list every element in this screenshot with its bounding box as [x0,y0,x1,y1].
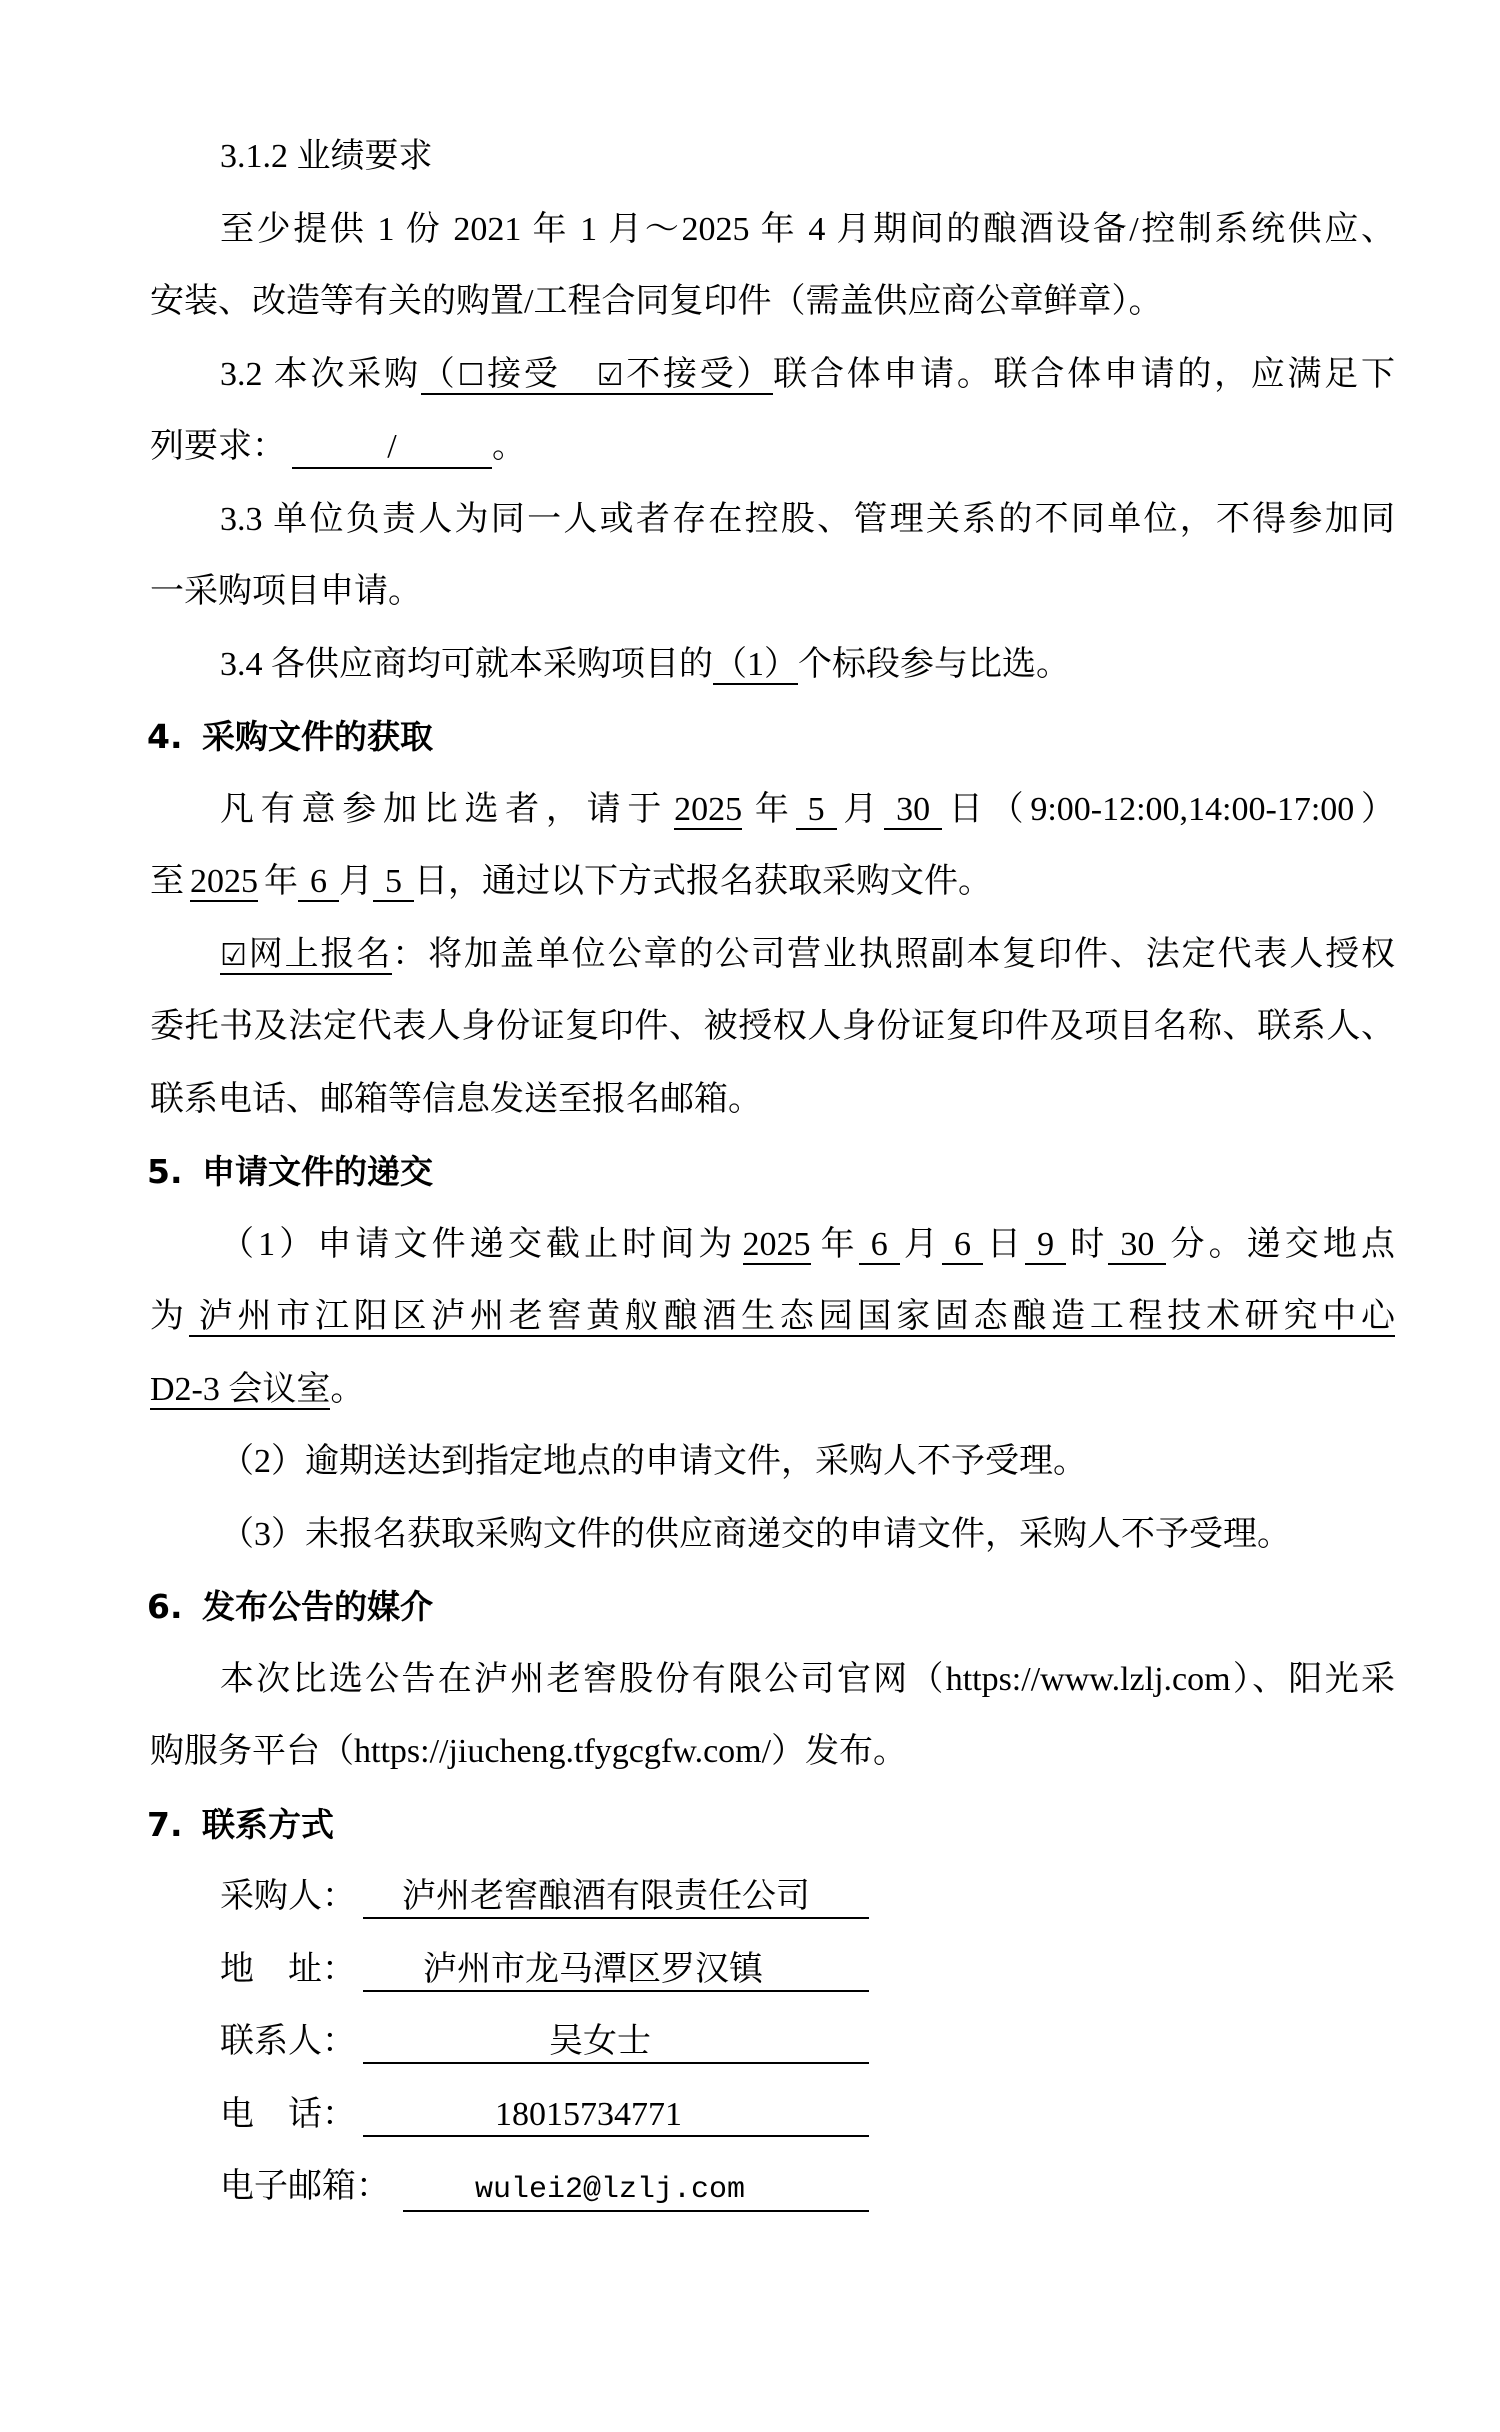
paren-close: ） [736,356,773,393]
section-title: 申请文件的递交 [202,1152,433,1191]
hour-unit: 时 [1066,1226,1108,1263]
end-year: 2025 [190,863,258,902]
section-number: 5. [147,1136,202,1209]
submission-location: 泸州市江阳区泸州老窖黄舣酿酒生态园国家固态酿造工程技术研究中心 [189,1298,1395,1337]
month-unit: 月 [339,863,373,900]
start-day: 30 [884,791,942,830]
deadline-minute: 30 [1108,1226,1166,1265]
deadline-year: 2025 [743,1226,811,1265]
checkbox-unchecked-icon: ☐ [457,358,484,393]
contact-label: 电子邮箱： [220,2151,403,2224]
end-month: 6 [298,863,339,902]
contact-row-person: 联系人：吴女士 [150,2006,1395,2079]
address-value: 泸州市龙马潭区罗汉镇 [363,1950,869,1992]
contact-row-email: 电子邮箱：wulei2@lzlj.com [150,2151,1395,2224]
contact-row-phone: 电 话：18015734771 [150,2079,1395,2152]
start-month: 5 [796,791,837,830]
online-registration-text: ：将加盖单位公章的公司营业执照副本复印件、法定代表人授权 [392,936,1395,973]
minute-unit: 分。递交地点 [1166,1226,1395,1263]
media-mid: ）、阳光采 [1231,1661,1395,1698]
section-title: 联系方式 [202,1805,334,1844]
consortium-clause-line: 3.2 本次采购（☐接受☑不接受）联合体申请。联合体申请的，应满足下 [150,339,1395,412]
office-hours: （9:00-12:00,14:00-17:00） [990,791,1395,828]
paragraph-line: 一采购项目申请。 [150,556,1395,629]
requirement-tail: 。 [492,428,526,465]
official-website-url[interactable]: https://www.lzlj.com [946,1661,1231,1698]
checkbox-checked-icon: ☑ [220,938,247,973]
media-lead: 购服务平台（ [150,1733,354,1770]
publication-media-line: 购服务平台（https://jiucheng.tfygcgfw.com/）发布。 [150,1716,1395,1789]
subsection-heading-3-1-2: 3.1.2 业绩要求 [150,121,1395,194]
publication-media-line: 本次比选公告在泸州老窖股份有限公司官网（https://www.lzlj.com… [150,1644,1395,1717]
clause-3-3-text: 一采购项目申请。 [150,573,422,610]
registration-end-line: 至2025年6月5日，通过以下方式报名获取采购文件。 [150,846,1395,919]
paragraph-line: （2）逾期送达到指定地点的申请文件，采购人不予受理。 [150,1426,1395,1499]
contact-person-value: 吴女士 [363,2022,869,2064]
day-unit: 日， [414,863,482,900]
consortium-requirement-line: 列要求：/。 [150,411,1395,484]
month-unit: 月 [837,791,884,828]
day-unit: 日 [983,1226,1025,1263]
clause-3-4-line: 3.4 各供应商均可就本采购项目的（1）个标段参与比选。 [150,629,1395,702]
contact-label: 采购人： [220,1861,363,1934]
document-page: 3.1.2 业绩要求 至少提供 1 份 2021 年 1 月～2025 年 4 … [150,121,1395,2224]
email-value[interactable]: wulei2@lzlj.com [403,2170,869,2212]
year-unit: 年 [264,863,298,900]
late-submission-rule: （2）逾期送达到指定地点的申请文件，采购人不予受理。 [220,1443,1087,1480]
section-title: 采购文件的获取 [202,717,433,756]
option-accept-label: 接受 [484,356,560,393]
clause-lead: 3.4 各供应商均可就本采购项目的 [220,646,713,683]
paragraph-line: 至少提供 1 份 2021 年 1 月～2025 年 4 月期间的酿酒设备/控制… [150,194,1395,267]
section-heading-4: 4.采购文件的获取 [147,701,1395,774]
end-day: 5 [373,863,414,902]
unregistered-submission-rule: （3）未报名获取采购文件的供应商递交的申请文件，采购人不予受理。 [220,1516,1291,1553]
consortium-options: （☐接受☑不接受） [421,356,774,395]
purchaser-value: 泸州老窖酿酒有限责任公司 [363,1877,869,1919]
phone-value: 18015734771 [363,2095,869,2137]
start-year: 2025 [674,791,742,830]
contact-label: 地 址： [220,1934,363,2007]
section-heading-5: 5.申请文件的递交 [147,1136,1395,1209]
paragraph-line: 3.3 单位负责人为同一人或者存在控股、管理关系的不同单位，不得参加同 [150,484,1395,557]
deadline-hour: 9 [1025,1226,1066,1265]
clause-tail: 联合体申请。联合体申请的，应满足下 [773,356,1395,393]
subsection-title: 3.1.2 业绩要求 [220,138,433,175]
registration-end-lead: 至 [150,863,184,900]
procurement-platform-url[interactable]: https://jiucheng.tfygcgfw.com/ [354,1733,771,1770]
location-lead: 为 [150,1298,189,1335]
submission-location-line: D2-3 会议室。 [150,1354,1395,1427]
section-number: 4. [147,701,202,774]
section-number: 7. [147,1789,202,1862]
checkbox-checked-icon: ☑ [597,358,624,393]
paragraph-line: 委托书及法定代表人身份证复印件、被授权人身份证复印件及项目名称、联系人、 [150,991,1395,1064]
year-unit: 年 [817,1226,859,1263]
clause-3-3-text: 3.3 单位负责人为同一人或者存在控股、管理关系的不同单位，不得参加同 [220,501,1395,538]
section-heading-6: 6.发布公告的媒介 [147,1571,1395,1644]
requirement-blank-field: / [292,427,492,469]
deadline-lead: （1）申请文件递交截止时间为 [220,1226,737,1263]
online-registration-text: 委托书及法定代表人身份证复印件、被授权人身份证复印件及项目名称、联系人、 [150,1008,1395,1045]
submission-room: D2-3 会议室 [150,1371,330,1410]
registration-end-tail: 通过以下方式报名获取采购文件。 [482,863,992,900]
contact-label: 电 话： [220,2079,363,2152]
submission-location-line: 为泸州市江阳区泸州老窖黄舣酿酒生态园国家固态酿造工程技术研究中心 [150,1281,1395,1354]
contact-row-purchaser: 采购人：泸州老窖酿酒有限责任公司 [150,1861,1395,1934]
contact-label: 联系人： [220,2006,363,2079]
paragraph-line: 联系电话、邮箱等信息发送至报名邮箱。 [150,1064,1395,1137]
online-registration-line: ☑网上报名：将加盖单位公章的公司营业执照副本复印件、法定代表人授权 [150,919,1395,992]
submission-deadline-line: （1）申请文件递交截止时间为2025年6月6日9时30分。递交地点 [150,1209,1395,1282]
clause-lead: 3.2 本次采购 [220,356,421,393]
media-tail: ）发布。 [771,1733,907,1770]
section-number: 6. [147,1571,202,1644]
registration-start-line: 凡有意参加比选者，请于2025年5月30日（9:00-12:00,14:00-1… [150,774,1395,847]
deadline-month: 6 [859,1226,900,1265]
option-reject-label: 不接受 [623,356,736,393]
registration-lead: 凡有意参加比选者，请于 [220,791,668,828]
section-heading-7: 7.联系方式 [147,1789,1395,1862]
performance-requirement-text: 安装、改造等有关的购置/工程合同复印件（需盖供应商公章鲜章）。 [150,283,1162,320]
deadline-day: 6 [942,1226,983,1265]
month-unit: 月 [900,1226,942,1263]
paragraph-line: （3）未报名获取采购文件的供应商递交的申请文件，采购人不予受理。 [150,1499,1395,1572]
online-registration-label: 网上报名 [247,936,392,973]
day-unit: 日 [942,791,989,828]
year-unit: 年 [748,791,795,828]
contact-row-address: 地 址：泸州市龙马潭区罗汉镇 [150,1934,1395,2007]
media-lead: 本次比选公告在泸州老窖股份有限公司官网（ [220,1661,946,1698]
online-registration-text: 联系电话、邮箱等信息发送至报名邮箱。 [150,1081,762,1118]
location-tail: 。 [330,1371,364,1408]
section-title: 发布公告的媒介 [202,1587,433,1626]
online-registration-option: ☑网上报名 [220,936,392,975]
lot-count-value: （1） [713,646,798,685]
paren-open: （ [421,356,458,393]
paragraph-line: 安装、改造等有关的购置/工程合同复印件（需盖供应商公章鲜章）。 [150,266,1395,339]
performance-requirement-text: 至少提供 1 份 2021 年 1 月～2025 年 4 月期间的酿酒设备/控制… [220,211,1395,248]
requirement-lead: 列要求： [150,428,286,465]
clause-tail: 个标段参与比选。 [798,646,1070,683]
